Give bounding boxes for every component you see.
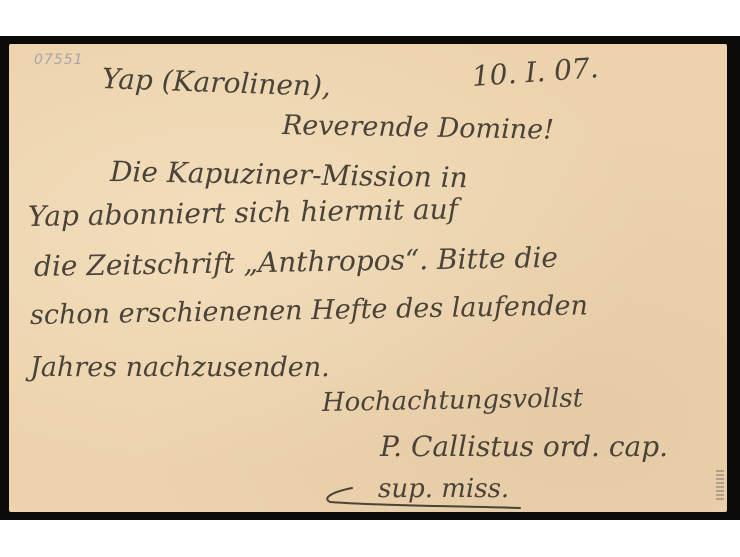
body-line-5: Jahres nachzusenden.	[30, 352, 330, 383]
signature-flourish-icon	[322, 484, 522, 512]
signature: P. Callistus ord. cap.	[380, 430, 668, 463]
salutation: Reverende Domine!	[282, 110, 555, 146]
edge-marks	[716, 470, 724, 500]
body-line-1: Die Kapuziner-Mission in	[110, 155, 468, 194]
closing: Hochachtungsvollst	[322, 383, 584, 418]
archive-number: 07551	[34, 52, 84, 68]
